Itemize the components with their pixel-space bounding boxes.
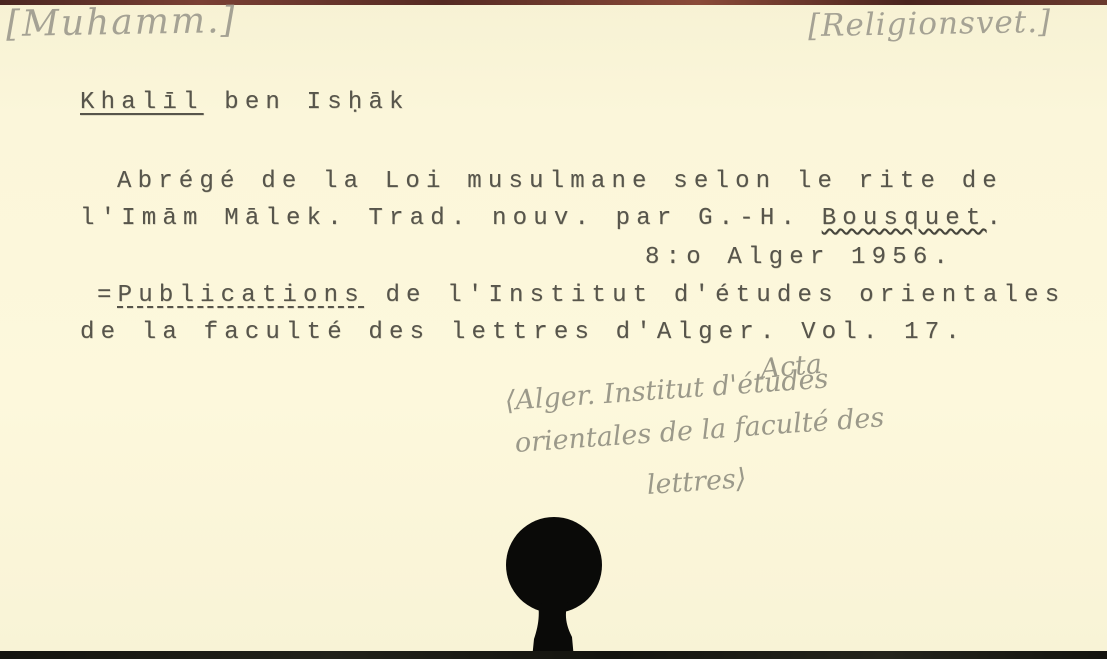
pencil-annotation-publisher-line-3: lettres⟩ [646,463,748,501]
title-line-2-period: . [987,205,1008,232]
title-line-2-text: l'Imām Mālek. Trad. nouv. par G.-H. [80,205,822,232]
catalog-card: [Muhamm.] [Religionsvet.] Khalīl ben Isḥ… [0,0,1107,659]
series-line-2: de la faculté des lettres d'Alger. Vol. … [80,318,966,348]
card-bottom-edge [0,651,1107,659]
series-equals-sign: = [97,282,118,309]
translator-name-wavy-underline: Bousquet [822,205,987,232]
heading-author-underlined: Khalīl [80,89,204,116]
title-line-1: Abrégé de la Loi musulmane selon le rite… [117,167,1003,197]
title-line-2: l'Imām Mālek. Trad. nouv. par G.-H. Bous… [80,204,1007,234]
pencil-annotation-top-right: [Religionsvet.] [808,4,1052,44]
pencil-annotation-top-left: [Muhamm.] [6,0,237,45]
imprint-line: 8:o Alger 1956. [645,243,954,273]
hole-punch-mark [460,505,660,659]
series-line-1-rest: de l'Institut d'études orientales [365,282,1065,309]
series-line-1: =Publications de l'Institut d'études ori… [97,281,1065,311]
heading-author-rest: ben Isḥāk [204,89,410,116]
series-name-dashed-underline: Publications [118,282,365,309]
heading-author: Khalīl ben Isḥāk [80,88,410,118]
